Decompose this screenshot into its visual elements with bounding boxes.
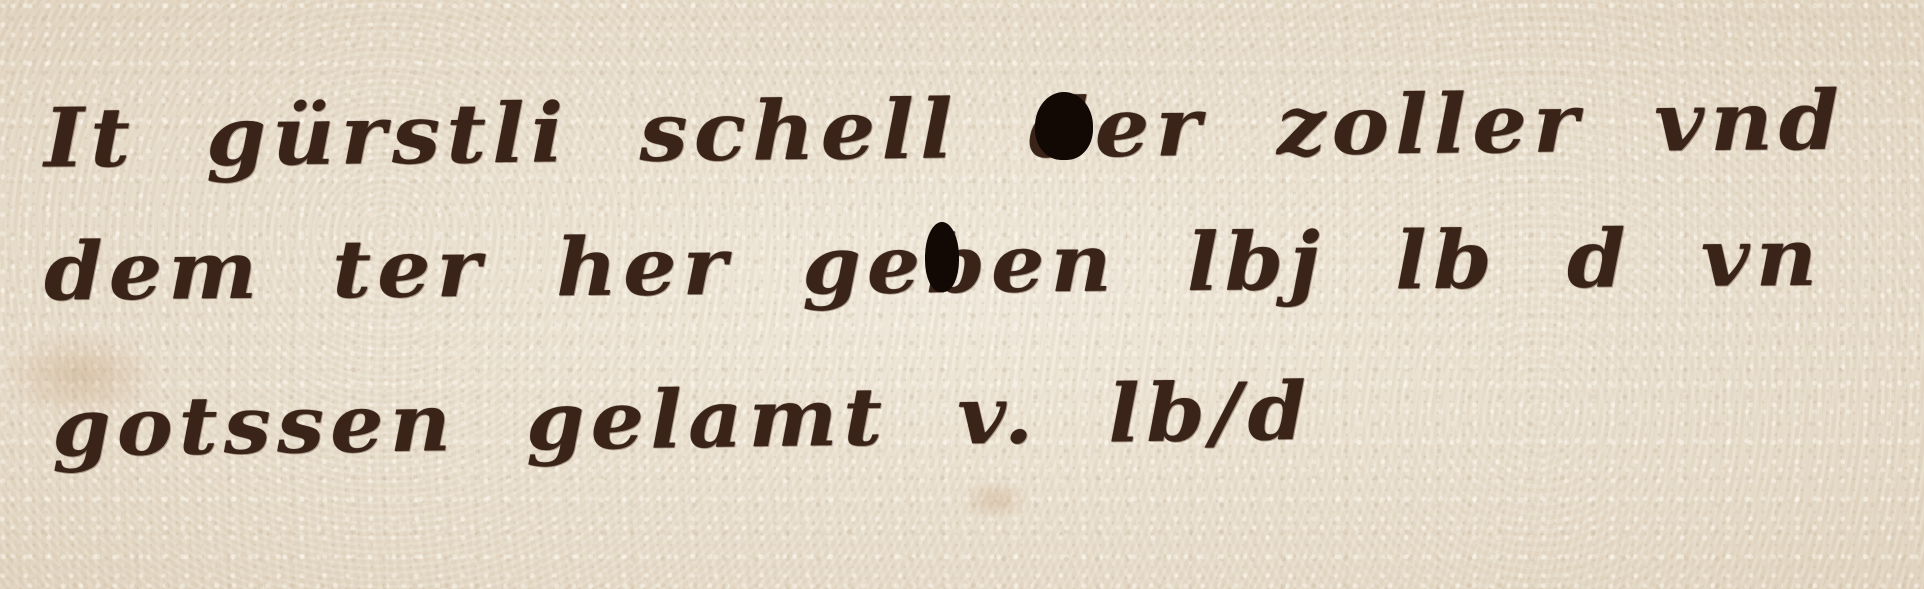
word: d	[1566, 211, 1632, 306]
word: lb/d	[1107, 364, 1312, 461]
word: gelamt	[525, 369, 889, 468]
word: lbj	[1186, 214, 1326, 309]
word: lb	[1395, 212, 1499, 307]
word: It	[43, 90, 136, 187]
word: dem	[44, 223, 264, 319]
word: v.	[957, 367, 1040, 462]
word: gürstli	[205, 85, 569, 185]
word: schell	[639, 81, 959, 180]
manuscript-line-3: gotssen gelamt v. lb/d	[51, 363, 1347, 474]
word: vnd	[1654, 73, 1846, 171]
word: ter	[332, 221, 487, 316]
word: geben	[802, 216, 1118, 313]
ink-blot	[1035, 92, 1093, 160]
ink-blot	[925, 222, 959, 292]
manuscript-page: It gürstli schell der zoller vnd dem ter…	[0, 0, 1924, 589]
word: her	[556, 219, 734, 315]
word: zoller	[1276, 75, 1585, 174]
manuscript-line-1: It gürstli schell der zoller vnd	[43, 72, 1879, 186]
word: vn	[1700, 210, 1823, 305]
word: gotssen	[51, 375, 457, 474]
